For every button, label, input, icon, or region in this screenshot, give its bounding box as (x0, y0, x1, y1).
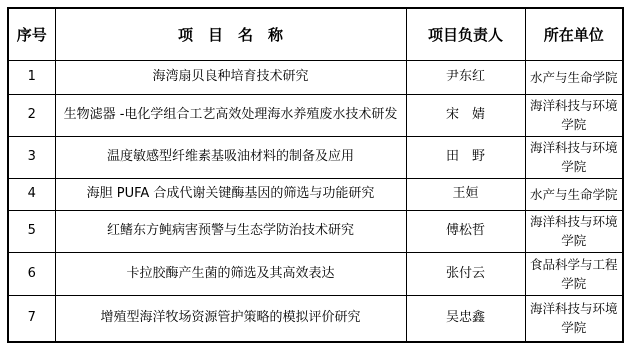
header-index: 序号 (8, 8, 55, 60)
cell-project-leader: 田 野 (406, 136, 525, 178)
cell-project-leader: 吴忠鑫 (406, 295, 525, 342)
cell-index: 5 (8, 210, 55, 252)
header-project-name: 项 目 名 称 (55, 8, 406, 60)
header-project-leader: 项目负责人 (406, 8, 525, 60)
cell-unit: 水产与生命学院 (525, 178, 623, 210)
cell-project-leader: 王姮 (406, 178, 525, 210)
projects-table: 序号 项 目 名 称 项目负责人 所在单位 1 海湾扇贝良种培育技术研究 尹东红… (7, 7, 624, 343)
cell-index: 4 (8, 178, 55, 210)
cell-unit: 海洋科技与环境学院 (525, 295, 623, 342)
table-row: 5 红鳍东方鲀病害预警与生态学防治技术研究 傅松哲 海洋科技与环境学院 (8, 210, 623, 252)
header-row: 序号 项 目 名 称 项目负责人 所在单位 (8, 8, 623, 60)
table-row: 4 海胆 PUFA 合成代谢关键酶基因的筛选与功能研究 王姮 水产与生命学院 (8, 178, 623, 210)
table-row: 7 增殖型海洋牧场资源管护策略的模拟评价研究 吴忠鑫 海洋科技与环境学院 (8, 295, 623, 342)
cell-project-name: 海胆 PUFA 合成代谢关键酶基因的筛选与功能研究 (55, 178, 406, 210)
cell-index: 1 (8, 60, 55, 94)
cell-index: 7 (8, 295, 55, 342)
cell-unit: 水产与生命学院 (525, 60, 623, 94)
cell-unit: 海洋科技与环境学院 (525, 94, 623, 136)
cell-index: 2 (8, 94, 55, 136)
cell-project-name: 海湾扇贝良种培育技术研究 (55, 60, 406, 94)
cell-project-name: 生物滤器 -电化学组合工艺高效处理海水养殖废水技术研发 (55, 94, 406, 136)
document-page: 序号 项 目 名 称 项目负责人 所在单位 1 海湾扇贝良种培育技术研究 尹东红… (0, 0, 629, 362)
table-body: 1 海湾扇贝良种培育技术研究 尹东红 水产与生命学院 2 生物滤器 -电化学组合… (8, 60, 623, 342)
cell-project-leader: 宋 婧 (406, 94, 525, 136)
cell-unit: 海洋科技与环境学院 (525, 136, 623, 178)
cell-project-leader: 尹东红 (406, 60, 525, 94)
cell-project-leader: 张付云 (406, 252, 525, 295)
cell-project-name: 红鳍东方鲀病害预警与生态学防治技术研究 (55, 210, 406, 252)
cell-project-name: 增殖型海洋牧场资源管护策略的模拟评价研究 (55, 295, 406, 342)
cell-unit: 海洋科技与环境学院 (525, 210, 623, 252)
cell-project-name: 温度敏感型纤维素基吸油材料的制备及应用 (55, 136, 406, 178)
cell-project-leader: 傅松哲 (406, 210, 525, 252)
table-row: 1 海湾扇贝良种培育技术研究 尹东红 水产与生命学院 (8, 60, 623, 94)
cell-project-name: 卡拉胶酶产生菌的筛选及其高效表达 (55, 252, 406, 295)
cell-index: 6 (8, 252, 55, 295)
table-row: 6 卡拉胶酶产生菌的筛选及其高效表达 张付云 食品科学与工程学院 (8, 252, 623, 295)
cell-index: 3 (8, 136, 55, 178)
table-row: 3 温度敏感型纤维素基吸油材料的制备及应用 田 野 海洋科技与环境学院 (8, 136, 623, 178)
header-unit: 所在单位 (525, 8, 623, 60)
table-header: 序号 项 目 名 称 项目负责人 所在单位 (8, 8, 623, 60)
table-row: 2 生物滤器 -电化学组合工艺高效处理海水养殖废水技术研发 宋 婧 海洋科技与环… (8, 94, 623, 136)
cell-unit: 食品科学与工程学院 (525, 252, 623, 295)
